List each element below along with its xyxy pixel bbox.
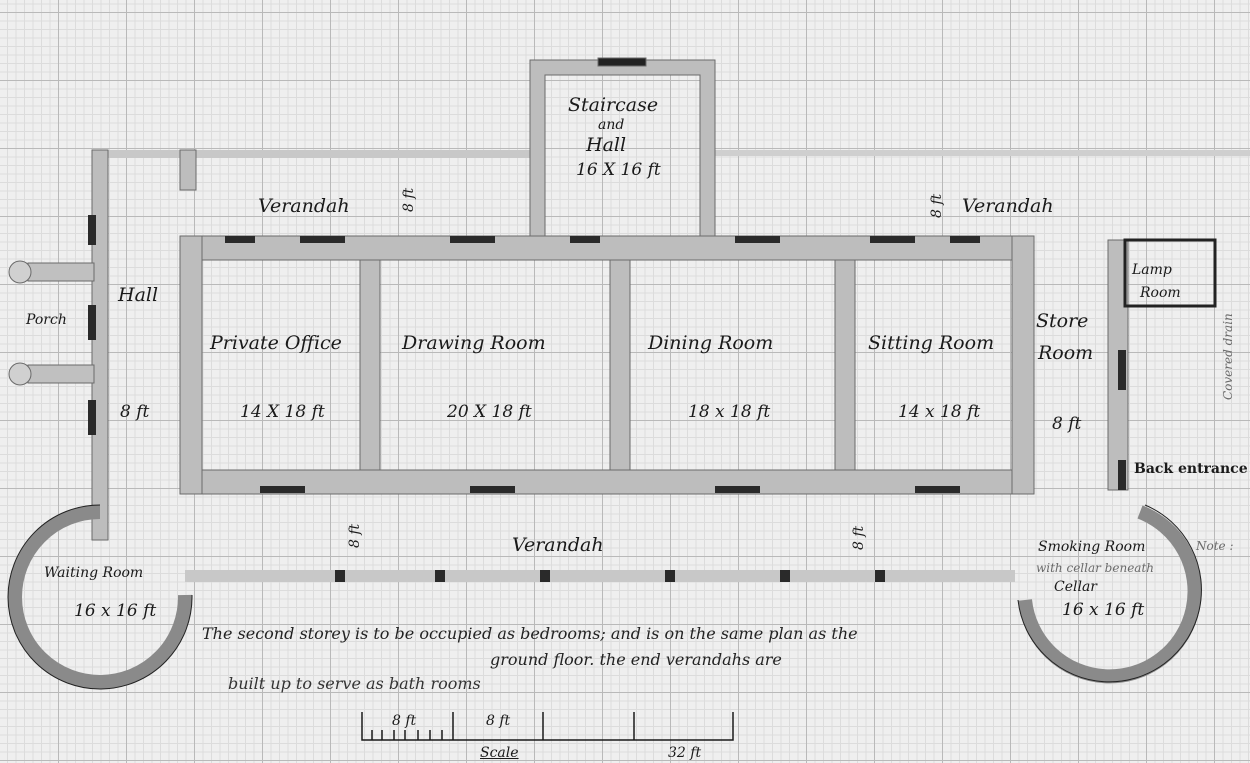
- room-label-dining-room: Dining Room: [648, 334, 773, 353]
- back-entrance-label: Back entrance: [1134, 462, 1248, 476]
- margin-note-covered-drain: Covered drain: [1222, 313, 1234, 400]
- room-label-smoking-subtitle: with cellar beneath: [1036, 562, 1154, 574]
- room-label-lamp: Lamp: [1132, 263, 1172, 277]
- scale-tick-8ft-b: 8 ft: [486, 714, 510, 728]
- room-label-hall: Hall: [118, 286, 158, 305]
- room-label-store-room: Room: [1038, 344, 1093, 363]
- scale-tick-8ft-a: 8 ft: [392, 714, 416, 728]
- room-dims-private-office: 14 X 18 ft: [240, 404, 325, 421]
- room-label-hall-upper: Hall: [586, 136, 626, 155]
- room-dims-waiting-room: 16 x 16 ft: [74, 603, 156, 620]
- room-label-store: Store: [1036, 312, 1088, 331]
- verandah-width-north-east: 8 ft: [930, 194, 944, 218]
- room-dims-hall: 8 ft: [120, 404, 149, 421]
- room-label-drawing-room: Drawing Room: [402, 334, 546, 353]
- room-label-smoking-room: Smoking Room: [1038, 540, 1145, 554]
- note-line-1: The second storey is to be occupied as b…: [202, 626, 858, 642]
- verandah-label-south: Verandah: [512, 536, 604, 555]
- note-line-3: built up to serve as bath rooms: [228, 676, 481, 692]
- floor-plan-sheet: Staircase and Hall 16 X 16 ft Hall 8 ft …: [0, 0, 1250, 763]
- room-dims-staircase-hall: 16 X 16 ft: [576, 162, 661, 179]
- room-dims-sitting-room: 14 x 18 ft: [898, 404, 980, 421]
- room-label-private-office: Private Office: [210, 334, 342, 353]
- verandah-label-north-west: Verandah: [258, 197, 350, 216]
- room-dims-dining-room: 18 x 18 ft: [688, 404, 770, 421]
- room-label-sitting-room: Sitting Room: [868, 334, 994, 353]
- scale-tick-32ft: 32 ft: [668, 746, 701, 760]
- room-label-waiting-room: Waiting Room: [44, 566, 143, 580]
- room-label-and: and: [598, 118, 624, 132]
- room-label-cellar: Cellar: [1054, 580, 1097, 594]
- room-dims-store-room: 8 ft: [1052, 416, 1081, 433]
- room-label-lamp-room: Room: [1140, 286, 1181, 300]
- room-label-staircase: Staircase: [568, 96, 658, 115]
- verandah-label-north-east: Verandah: [962, 197, 1054, 216]
- note-line-2: ground floor. the end verandahs are: [490, 652, 782, 668]
- margin-note: Note :: [1196, 540, 1234, 552]
- room-dims-drawing-room: 20 X 18 ft: [447, 404, 532, 421]
- verandah-width-north-west: 8 ft: [402, 188, 416, 212]
- scale-label: Scale: [480, 746, 519, 760]
- room-dims-smoking-room: 16 x 16 ft: [1062, 602, 1144, 619]
- verandah-width-south-right: 8 ft: [852, 526, 866, 550]
- verandah-width-south-left: 8 ft: [348, 524, 362, 548]
- room-label-porch: Porch: [26, 313, 67, 327]
